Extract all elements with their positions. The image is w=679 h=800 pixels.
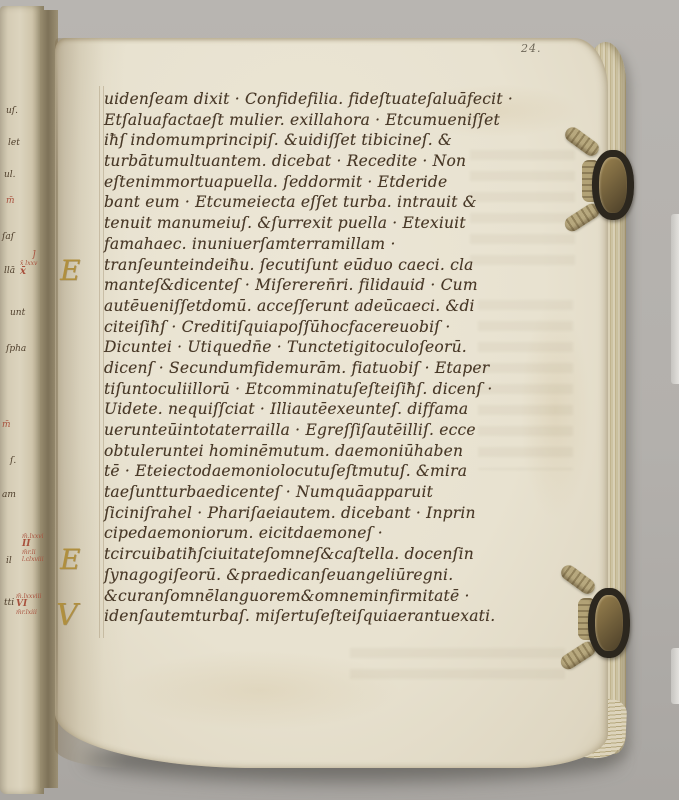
manuscript-line: bant eum · Etcumeiecta eſſet turba. intr… [104, 193, 564, 214]
manuscript-line: idenſautemturbaſ. miſertuſeſteiſquiaeran… [104, 607, 564, 628]
edge-text-fragment: ſ. [10, 456, 16, 466]
manuscript-line: ſiciniſrahel · Phariſaeiautem. dicebant … [104, 504, 564, 525]
canon-note-numeral: VI [16, 600, 41, 609]
decorated-initial: E [60, 543, 80, 576]
manuscript-line: Dicuntei · Utiquedn̄e · Tunctetigitoculo… [104, 338, 564, 359]
text-block: uidenſeam dixit · Confidefilia. fideſtua… [104, 90, 564, 628]
manuscript-line: manteſ&dicenteſ · Miſereren̄ri. filidaui… [104, 276, 564, 297]
manuscript-line: cipedaemoniorum. eicitdaemoneſ · [104, 524, 564, 545]
manuscript-line: citeiſiħſ · Creditiſquiapoſſūhocfacereuo… [104, 318, 564, 339]
manuscript-line: uerunteūintotaterrailla · Egreſſiſautēil… [104, 421, 564, 442]
folio-number: 24. [521, 42, 542, 55]
margin-canon-note: m̄.lxxviii VI m̄r.lxiii [16, 593, 41, 616]
manuscript-line: autēueniſſetdomū. acceſſerunt adeūcaeci.… [104, 297, 564, 318]
manuscript-photograph: uſ. let ul. m̄ ſaſ ] llā unt ſpha m̄ ſ. … [0, 0, 679, 800]
manuscript-line: turbātumultuantem. dicebat · Recedite · … [104, 152, 564, 173]
manuscript-line: Etſaluafactaeſt mulier. exillahora · Etc… [104, 111, 564, 132]
manuscript-line: taeſuntturbaedicenteſ · Numquāapparuit [104, 483, 564, 504]
edge-text-fragment: ſpha [6, 344, 26, 354]
manuscript-line: eſtenimmortuapuella. ſeddormit · Etderid… [104, 173, 564, 194]
manuscript-line: uidenſeam dixit · Confidefilia. fideſtua… [104, 90, 564, 111]
ink-bleedthrough [350, 648, 565, 684]
edge-text-fragment: unt [10, 308, 25, 318]
edge-text-fragment: il [6, 556, 12, 566]
decorated-initial: V [56, 598, 78, 633]
canon-note-line: m̄r.li [22, 549, 44, 556]
page-crease [56, 58, 58, 758]
manuscript-line: tē · Eteiectodaemoniolocutuſeſtmutuſ. &m… [104, 462, 564, 483]
manuscript-line: dicenſ · Secundumfidemurām. fiatuobiſ · … [104, 359, 564, 380]
manuscript-line: ſynagogiſeorū. &praedicanſeuangeliūregni… [104, 566, 564, 587]
edge-rubric-fragment: m̄ [6, 196, 15, 206]
margin-canon-note: m̄.lxxvi II m̄r.li l.clxviii [22, 533, 44, 563]
canon-note-numeral: x̄ [20, 267, 37, 276]
edge-text-fragment: am [2, 490, 16, 500]
manuscript-line: famahaec. inuniuerſamterramillam · [104, 235, 564, 256]
edge-rubric-fragment: ] [32, 250, 36, 260]
manuscript-line: &curanſomnēlanguorem&omneminfirmitatē · [104, 587, 564, 608]
clasp-metal-ring [588, 588, 630, 658]
decorated-initial: E [60, 254, 80, 287]
edge-rubric-fragment: m̄ [2, 420, 11, 430]
clasp-strap [558, 562, 598, 596]
manuscript-line: iħſ indomumprincipiſ. &uidiſſet tibicine… [104, 131, 564, 152]
edge-text-fragment: ul. [4, 170, 16, 180]
edge-text-fragment: tti [4, 598, 14, 608]
manuscript-line: tranſeunteindeiħu. ſecutiſunt eūduo caec… [104, 256, 564, 277]
edge-text-fragment: ſaſ [2, 232, 14, 242]
manuscript-line: tcircuibatiħſciuitateſomneſ&caſtella. do… [104, 545, 564, 566]
manuscript-line: tiſuntoculiillorū · Etcomminatuſeſteiſiħ… [104, 380, 564, 401]
margin-canon-note: x̄ lxxv x̄ [20, 260, 37, 276]
clasp-top [562, 128, 626, 240]
canon-note-line: l.clxviii [22, 556, 44, 563]
canon-note-numeral: II [22, 540, 44, 549]
cradle-support-bottom [671, 648, 679, 704]
edge-text-fragment: let [8, 138, 20, 148]
manuscript-line: tenuit manumeiuſ. &ſurrexit puella · Ete… [104, 214, 564, 235]
facing-page-edge: uſ. let ul. m̄ ſaſ ] llā unt ſpha m̄ ſ. … [0, 6, 44, 794]
cradle-support-top [671, 214, 679, 384]
clasp-bottom [558, 566, 622, 678]
clasp-strap [562, 124, 602, 158]
canon-note-line: m̄r.lxiii [16, 609, 41, 616]
ruling-line [99, 86, 100, 638]
edge-text-fragment: uſ. [6, 106, 18, 116]
manuscript-line: Uidete. nequiſſciat · Illiautēexeunteſ. … [104, 400, 564, 421]
clasp-metal-ring [592, 150, 634, 220]
edge-text-fragment: llā [4, 266, 15, 276]
manuscript-line: obtuleruntei hominēmutum. daemoniūhaben [104, 442, 564, 463]
